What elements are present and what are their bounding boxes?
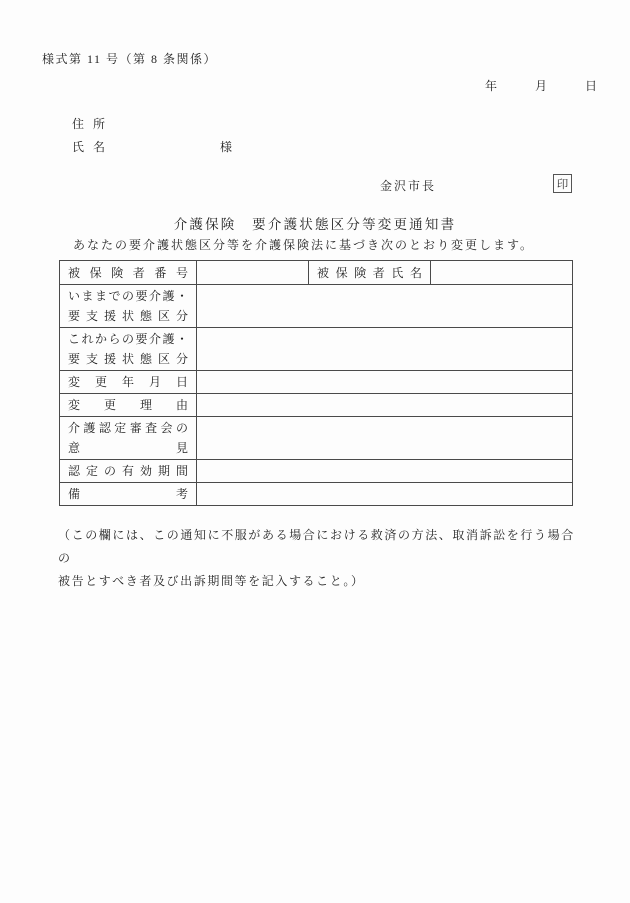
footer-note: （この欄には、この通知に不服がある場合における救済の方法、取消訴訟を行う場合の … [58,524,578,593]
new-care-level-label: これからの要介護・ 要支援状態区分 [60,328,197,371]
page-subtitle: あなたの要介護状態区分等を介護保険法に基づき次のとおり変更します。 [59,236,579,253]
previous-care-level-label: いままでの要介護・ 要支援状態区分 [60,285,197,328]
insured-name-value [431,261,573,285]
page-title: 介護保険 要介護状態区分等変更通知書 [0,213,630,233]
change-date-value [197,371,573,394]
new-care-level-value [197,328,573,371]
document-page: 様式第 11 号（第 8 条関係） 年 月 日 住所 氏名 様 金沢市長 印 介… [0,0,630,903]
mayor-label: 金沢市長 [380,177,436,194]
validity-period-value [197,460,573,483]
footer-note-line: （この欄には、この通知に不服がある場合における救済の方法、取消訴訟を行う場合の [58,524,578,570]
validity-period-label: 認定の有効期間 [60,460,197,483]
review-board-opinion-value [197,417,573,460]
day-label: 日 [585,77,597,94]
remarks-value [197,483,573,506]
insured-number-value [197,261,309,285]
notice-table: 被保険者番号 被保険者氏名 いままでの要介護・ 要支援状態区分 これからの要介護… [59,260,573,506]
previous-care-level-row: いままでの要介護・ 要支援状態区分 [60,285,573,328]
remarks-label: 備考 [60,483,197,506]
insured-name-label: 被保険者氏名 [309,261,431,285]
year-label: 年 [485,77,497,94]
month-label: 月 [535,77,547,94]
insured-number-label: 被保険者番号 [60,261,197,285]
insured-header-row: 被保険者番号 被保険者氏名 [60,261,573,285]
validity-period-row: 認定の有効期間 [60,460,573,483]
review-board-opinion-label: 介護認定審査会の 意見 [60,417,197,460]
remarks-row: 備考 [60,483,573,506]
name-label: 氏名 [72,140,114,154]
change-reason-label: 変更理由 [60,394,197,417]
seal-label: 印 [557,176,569,192]
change-date-row: 変更年月日 [60,371,573,394]
change-date-label: 変更年月日 [60,371,197,394]
address-label: 住所 [72,115,114,132]
seal-box: 印 [553,174,572,193]
name-line: 氏名 様 [72,138,114,155]
honorific-label: 様 [220,138,232,155]
form-number: 様式第 11 号（第 8 条関係） [42,50,217,67]
review-board-opinion-row: 介護認定審査会の 意見 [60,417,573,460]
change-reason-row: 変更理由 [60,394,573,417]
date-line: 年 月 日 [485,77,597,94]
footer-note-line: 被告とすべき者及び出訴期間等を記入すること。） [58,570,578,593]
change-reason-value [197,394,573,417]
new-care-level-row: これからの要介護・ 要支援状態区分 [60,328,573,371]
previous-care-level-value [197,285,573,328]
